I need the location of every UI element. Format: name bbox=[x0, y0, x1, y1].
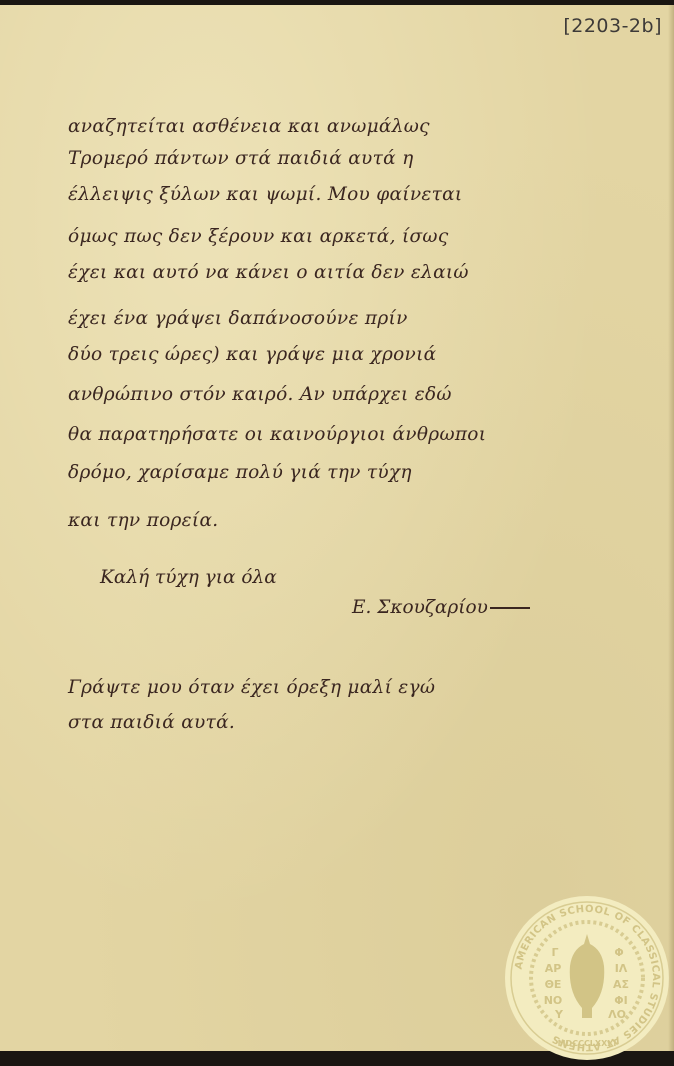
svg-text:Φ: Φ bbox=[614, 946, 623, 959]
svg-text:Υ: Υ bbox=[554, 1008, 564, 1021]
svg-text:ΦΙ: ΦΙ bbox=[614, 994, 627, 1007]
signature-name: Ε. Σκουζαρίου bbox=[352, 597, 488, 618]
svg-text:Γ: Γ bbox=[551, 946, 558, 959]
letter-page: [2203-2b] αναζητείται ασθένεια και ανωμά… bbox=[0, 5, 674, 1051]
archive-reference-number: [2203-2b] bbox=[563, 15, 662, 37]
svg-text:ΘΕ: ΘΕ bbox=[545, 978, 562, 991]
signature: Ε. Σκουζαρίου bbox=[352, 597, 530, 618]
postscript: Γράψτε μου όταν έχει όρεξη μαλί εγώ στα … bbox=[68, 677, 435, 747]
svg-text:ΑΡ: ΑΡ bbox=[545, 962, 562, 975]
svg-text:ΙΛ: ΙΛ bbox=[615, 962, 628, 975]
svg-text:ΑΣ: ΑΣ bbox=[613, 978, 629, 991]
postscript-line: Γράψτε μου όταν έχει όρεξη μαλί εγώ bbox=[68, 677, 435, 698]
postscript-line: στα παιδιά αυτά. bbox=[68, 712, 435, 733]
seal-icon: AMERICAN SCHOOL OF CLASSICAL STUDIES AT … bbox=[503, 894, 671, 1055]
svg-text:MDCCCLXXXI: MDCCCLXXXI bbox=[558, 1039, 617, 1048]
signature-flourish bbox=[490, 607, 530, 609]
svg-text:ΛΟ: ΛΟ bbox=[608, 1008, 626, 1021]
closing-salutation: Καλή τύχη για όλα bbox=[100, 567, 277, 588]
svg-text:ΝΟ: ΝΟ bbox=[544, 994, 563, 1007]
library-stamp: AMERICAN SCHOOL OF CLASSICAL STUDIES AT … bbox=[503, 894, 671, 1055]
